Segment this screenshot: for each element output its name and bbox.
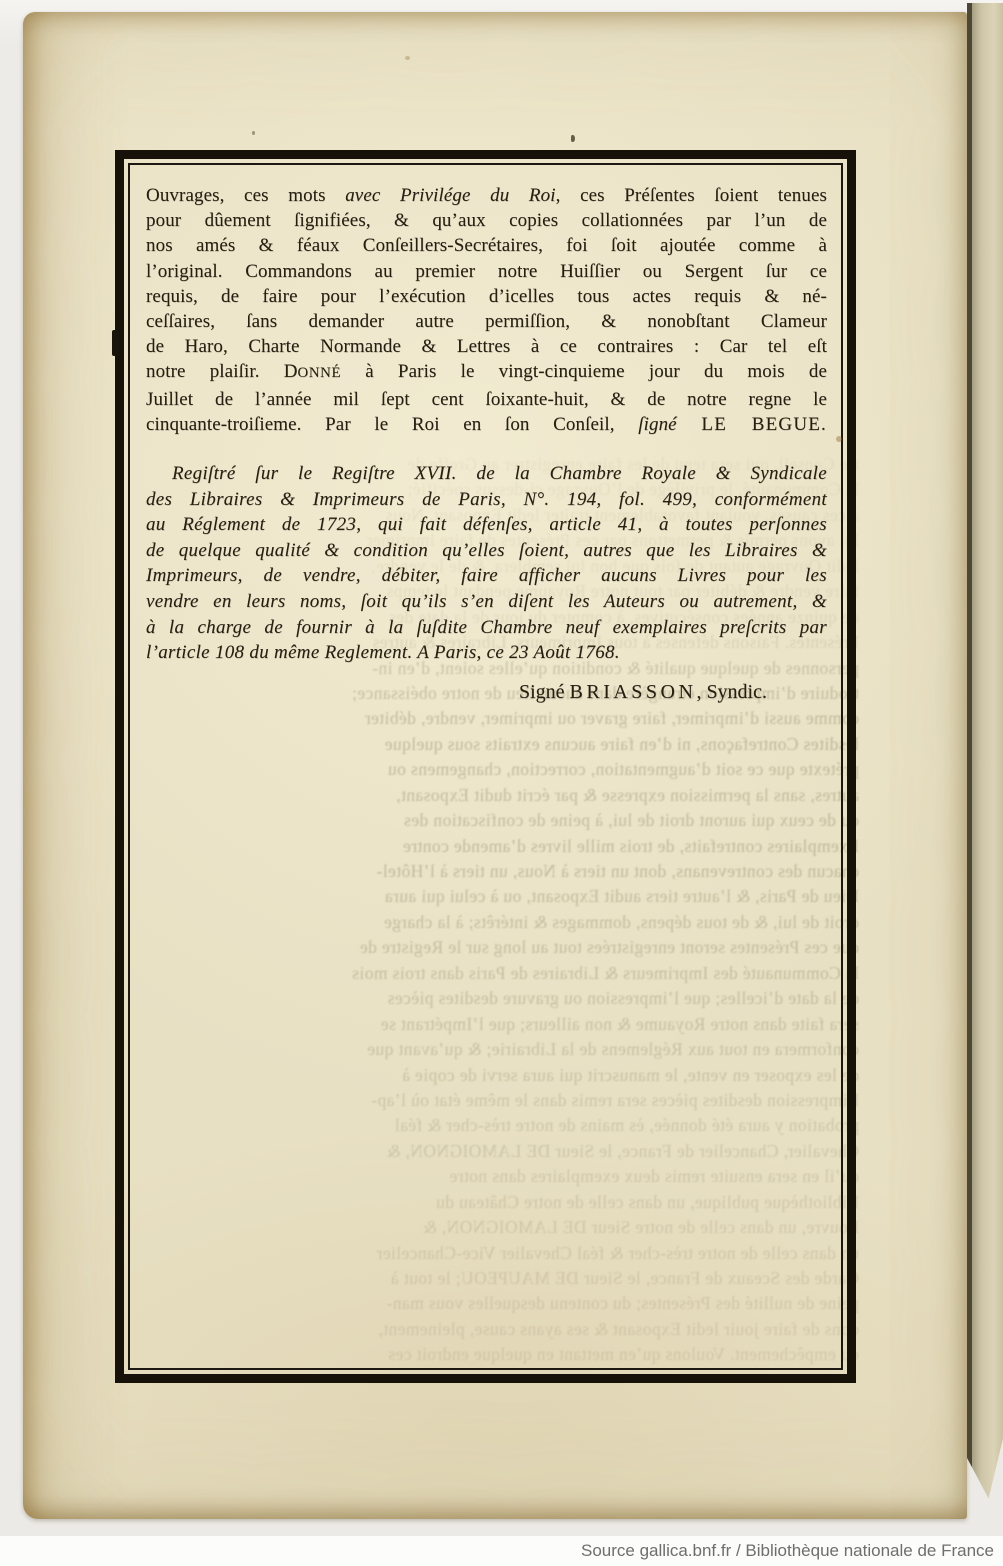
paper-stain [836,436,842,442]
small-caps-segment: ONNÉ [298,365,342,381]
text-line: de Haro, Charte Normande & Lettres à ce … [146,334,827,359]
text-line: à la charge de fournir à la ſuſdite Cham… [146,615,827,641]
caps-segment: LE BEGUE. [677,414,827,435]
text-line: l’article 108 du même Reglement. A Paris… [146,640,827,666]
italic-segment: ſigné [638,414,677,435]
text-line: au Réglement de 1723, qui fait défenſes,… [146,512,827,538]
text-line: Juillet de l’année mil ſept cent ſoixant… [146,387,827,412]
text-line: nos amés & féaux Conſeillers-Secrétaires… [146,233,827,258]
text-line: des Libraires & Imprimeurs de Paris, N°.… [146,487,827,513]
signatory-name: BRIASSON [570,681,697,703]
text-line: cinquante-troiſieme. Par le Roi en ſon C… [146,412,827,437]
text-segment: , Syndic. [696,681,767,703]
paper-stain [405,56,410,60]
source-credit-text: Source gallica.bnf.fr / Bibliothèque nat… [581,1541,994,1560]
text-line: notre plaiſir. DONNÉ à Paris le vingt-ci… [146,359,827,386]
text-segment: notre plaiſir. D [146,361,298,382]
privilege-text-block: Ouvrages, ces mots avec Privilége du Roi… [130,165,841,1368]
scanned-book-page-view: tre Conseil, qui sera tenu de les faire … [0,0,1003,1566]
ink-speck [252,131,255,135]
registration-paragraph: Regiſtré ſur le Regiſtre XVII. de la Cha… [146,461,827,666]
text-line: pour dûement ſignifiées, & qu’aux copies… [146,208,827,233]
text-segment: à Paris le vingt-cinquieme jour du mois … [341,361,827,382]
text-line: Ouvrages, ces mots avec Privilége du Roi… [146,183,827,208]
text-segment: , ces Préſentes ſoient tenues [556,185,827,206]
text-segment: Signé [519,681,570,703]
ink-speck [571,135,575,142]
italic-segment: avec Privilége du Roi [345,185,555,206]
decorative-border-frame: Ouvrages, ces mots avec Privilége du Roi… [115,150,856,1383]
text-line: Regiſtré ſur le Regiſtre XVII. de la Cha… [146,461,827,487]
royal-privilege-paragraph: Ouvrages, ces mots avec Privilége du Roi… [146,181,827,437]
text-line: vendre en leurs noms, ſoit qu’ils s’en d… [146,589,827,615]
ink-smudge [112,330,119,356]
next-page-edge [967,3,1003,1506]
text-line: Imprimeurs, de vendre, débiter, faire af… [146,563,827,589]
text-line: ceſſaires, ſans demander autre permiſſio… [146,309,827,334]
syndic-signature-line: Signé BRIASSON, Syndic. [146,681,827,704]
text-segment: cinquante-troiſieme. Par le Roi en ſon C… [146,414,638,435]
inner-rule: Ouvrages, ces mots avec Privilége du Roi… [128,163,843,1370]
gallica-credit-bar: Source gallica.bnf.fr / Bibliothèque nat… [0,1536,1003,1566]
text-line: de quelque qualité & condition qu’elles … [146,538,827,564]
text-segment: Ouvrages, ces mots [146,185,345,206]
text-line: l’original. Commandons au premier notre … [146,259,827,284]
text-line: requis, de faire pour l’exécution d’icel… [146,284,827,309]
